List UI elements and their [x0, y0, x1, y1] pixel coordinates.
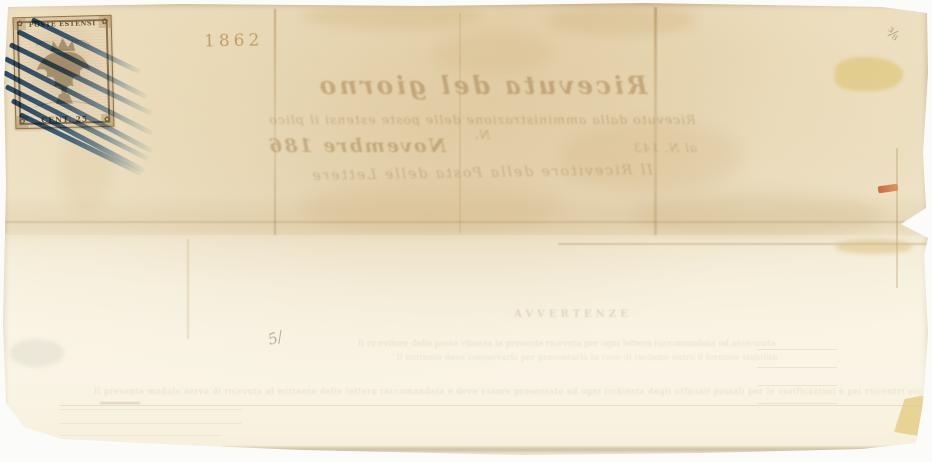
bleedthrough-line-1: Ricevuta del giorno [267, 71, 697, 100]
ghost-line: Il mittente deve conservarla per present… [352, 353, 822, 363]
photo-background: AVVERTENZE Il ricevitore delle poste ril… [0, 0, 932, 462]
fold-line [654, 7, 657, 235]
stain [60, 121, 112, 213]
stain [432, 33, 552, 73]
fold-line [187, 239, 189, 339]
ruled-line [757, 367, 837, 368]
bleedthrough-line-2: Ricevuto dalla amministrazione delle pos… [267, 112, 697, 142]
stain [632, 191, 882, 239]
stain-right-fold [835, 239, 913, 254]
ruled-line [60, 423, 242, 424]
bleedthrough-line-3-right: Novembre 186 [267, 135, 446, 157]
bleedthrough-line-4: Il Ricevitore della Posta delle Lettere [288, 162, 675, 185]
fold-line [459, 13, 461, 233]
fold-shadow-band [2, 201, 930, 241]
year-annotation: 1862 [204, 30, 264, 51]
stain-top-right [835, 57, 903, 91]
bleedthrough-text-block: Ricevuta del giorno Ricevuto dalla ammin… [267, 65, 697, 203]
stain [302, 3, 482, 29]
ghost-printing-block: AVVERTENZE Il ricevitore delle poste ril… [62, 303, 924, 443]
stamp-corner-ornament: ✿ [101, 114, 113, 126]
pencil-smudge [10, 339, 64, 367]
letter-sheet: AVVERTENZE Il ricevitore delle poste ril… [2, 3, 930, 459]
fold-line [274, 9, 276, 235]
postage-stamp: ✿ ✿ ✿ ✿ POSTE ESTENSI CENT. 2 [13, 15, 115, 130]
ghost-footer-line: Il presente modulo serve di ricevuta al … [94, 387, 930, 396]
fold-line-horizontal [2, 221, 930, 223]
ruled-line [60, 409, 242, 410]
ruled-line [60, 435, 220, 436]
stamp-corner-ornament: ✿ [16, 116, 28, 128]
este-eagle-vignette [22, 32, 105, 112]
fold-line [896, 148, 898, 288]
ghost-heading: AVVERTENZE [442, 309, 704, 320]
bottom-edge-shadow [222, 447, 924, 452]
bleedthrough-line-3-left: al N. 143 [633, 141, 697, 155]
fold-line-horizontal [558, 243, 930, 245]
ruled-line [757, 349, 837, 350]
ruled-line [757, 385, 837, 386]
bleedthrough-line-3: al N. 143 Novembre 186 [267, 135, 697, 157]
stain [547, 5, 697, 35]
pencil-mark: ⅜ [883, 25, 902, 45]
stain-bottom-right [894, 395, 924, 437]
ghost-line: Il ricevitore delle poste rilascia la pr… [332, 339, 802, 349]
ruled-line [757, 403, 837, 404]
stamp-corner-ornament: ✿ [99, 16, 111, 28]
pencil-fraction-note: 5/ [266, 327, 285, 349]
stain [562, 121, 742, 191]
lower-panel [2, 235, 930, 459]
stamp-corner-ornament: ✿ [14, 18, 26, 30]
red-ink-mark [878, 184, 899, 194]
ink-dash [100, 402, 140, 404]
stain [302, 181, 562, 231]
stamp-value-inscription: CENT. 25 [29, 114, 100, 125]
ruled-line [60, 405, 922, 406]
